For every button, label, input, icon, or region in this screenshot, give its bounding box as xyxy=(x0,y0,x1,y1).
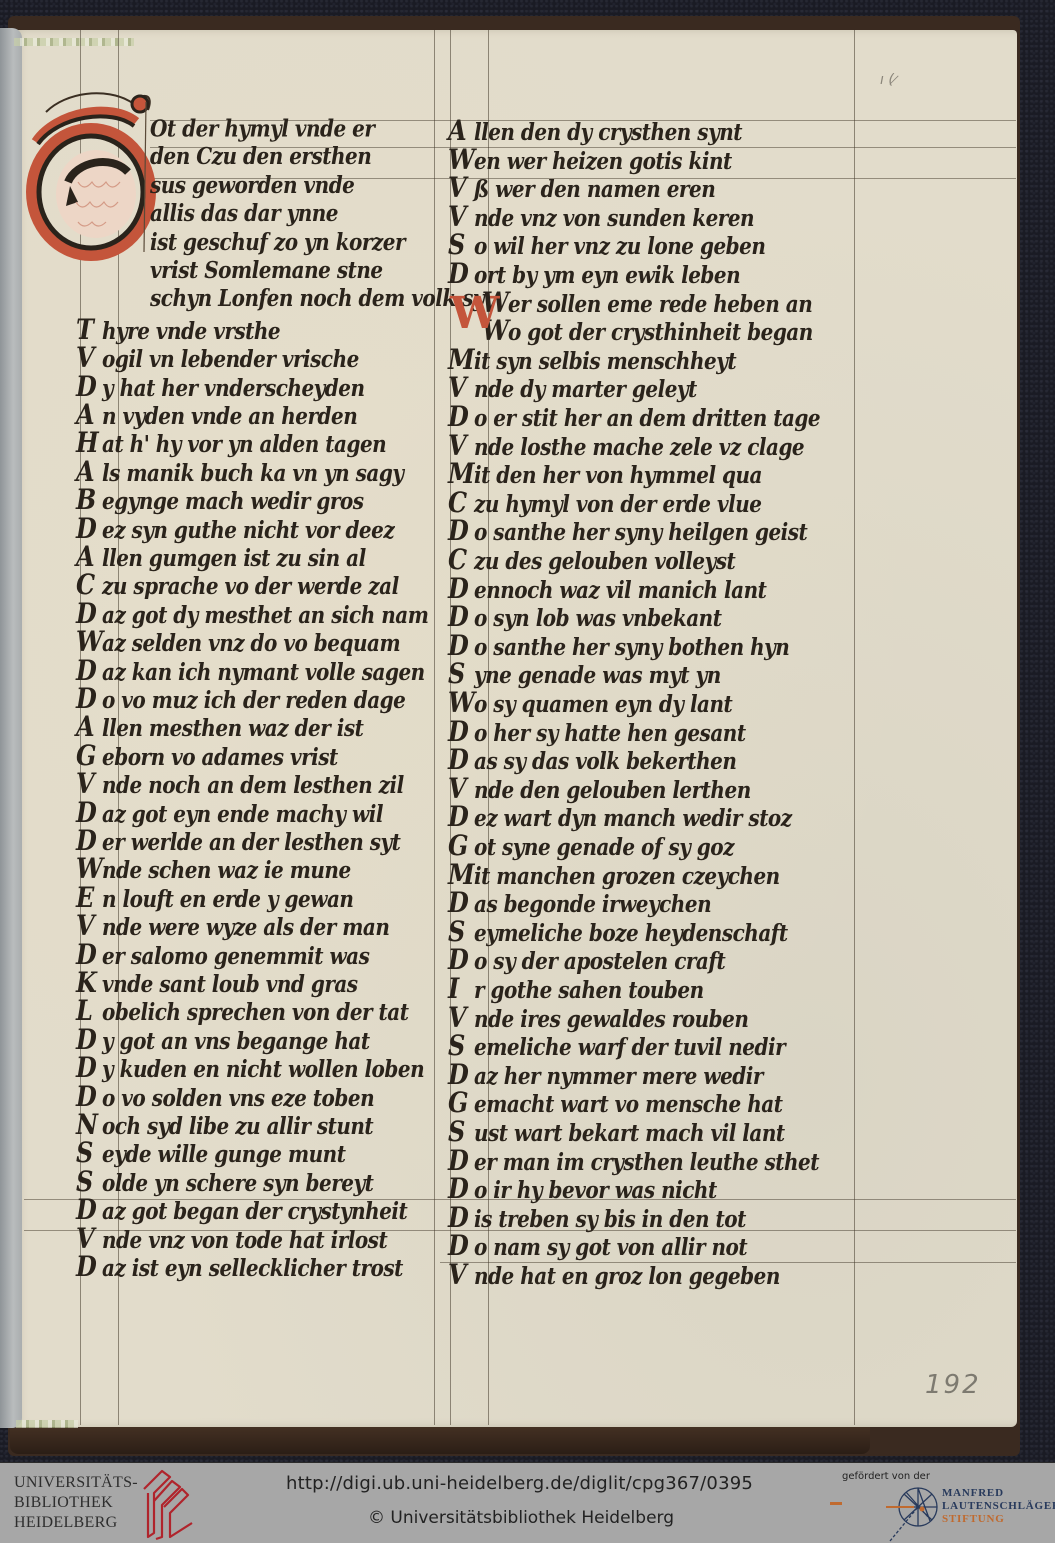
document-url-link[interactable]: http://digi.ub.uni-heidelberg.de/diglit/… xyxy=(286,1473,753,1494)
funded-by-label: gefördert von der xyxy=(842,1471,930,1482)
manuscript-line: den Czu den ersthen xyxy=(124,143,371,171)
line-text: allis das dar ynne xyxy=(150,200,338,228)
line-text: nde hat en groz lon gegeben xyxy=(474,1262,780,1290)
page-edge-decoration-bottom xyxy=(16,1420,78,1428)
line-text: sus geworden vnde xyxy=(150,171,354,199)
lautenschlaeger-foundation-wordmark: MANFRED LAUTENSCHLÄGER STIFTUNG xyxy=(942,1487,1055,1526)
manuscript-line: ist geschuf zo yn korzer xyxy=(124,228,405,256)
folio-number: 192 xyxy=(925,1370,981,1400)
line-text: den Czu den ersthen xyxy=(150,143,371,171)
line-initial: D xyxy=(76,1250,102,1283)
manuscript-line: sus geworden vnde xyxy=(124,171,354,199)
page-edge-decoration xyxy=(14,38,134,46)
manuscript-line: allis das dar ynne xyxy=(124,200,338,228)
line-text: schyn Lonfen noch dem volk sy xyxy=(150,285,484,313)
sponsor-line-2: LAUTENSCHLÄGER xyxy=(942,1500,1055,1513)
margin-note: ı ( ̷ xyxy=(880,72,898,88)
sponsor-line-1: MANFRED xyxy=(942,1487,1055,1500)
line-text: az ist eyn sellecklicher trost xyxy=(102,1254,403,1282)
rubricated-initial-w: W xyxy=(450,292,499,336)
institution-line-3: HEIDELBERG xyxy=(14,1513,138,1533)
manuscript-line: Ot der hymyl vnde er xyxy=(124,114,374,142)
manuscript-line: Vnde hat en groz lon gegeben xyxy=(448,1258,780,1291)
manuscript-line: vrist Somlemane stne xyxy=(124,256,383,284)
orange-dash-mark xyxy=(830,1502,842,1505)
line-initial: V xyxy=(448,1258,474,1291)
copyright-notice: © Universitätsbibliothek Heidelberg xyxy=(368,1508,674,1528)
line-text: vrist Somlemane stne xyxy=(150,256,383,284)
line-initial: D xyxy=(448,257,474,290)
ub-heidelberg-wordmark: UNIVERSITÄTS- BIBLIOTHEK HEIDELBERG xyxy=(14,1473,138,1533)
manuscript-line: Daz ist eyn sellecklicher trost xyxy=(76,1250,403,1283)
footer-bar: UNIVERSITÄTS- BIBLIOTHEK HEIDELBERG http… xyxy=(0,1462,1055,1543)
line-text: Ot der hymyl vnde er xyxy=(150,114,374,142)
institution-line-1: UNIVERSITÄTS- xyxy=(14,1473,138,1493)
manuscript-line: schyn Lonfen noch dem volk sy xyxy=(124,285,484,313)
line-text: ist geschuf zo yn korzer xyxy=(150,228,405,256)
ub-heidelberg-logo-icon xyxy=(140,1467,196,1541)
lautenschlaeger-foundation-logo-icon xyxy=(884,1483,946,1543)
sponsor-line-3: STIFTUNG xyxy=(942,1513,1055,1526)
institution-line-2: BIBLIOTHEK xyxy=(14,1493,138,1513)
